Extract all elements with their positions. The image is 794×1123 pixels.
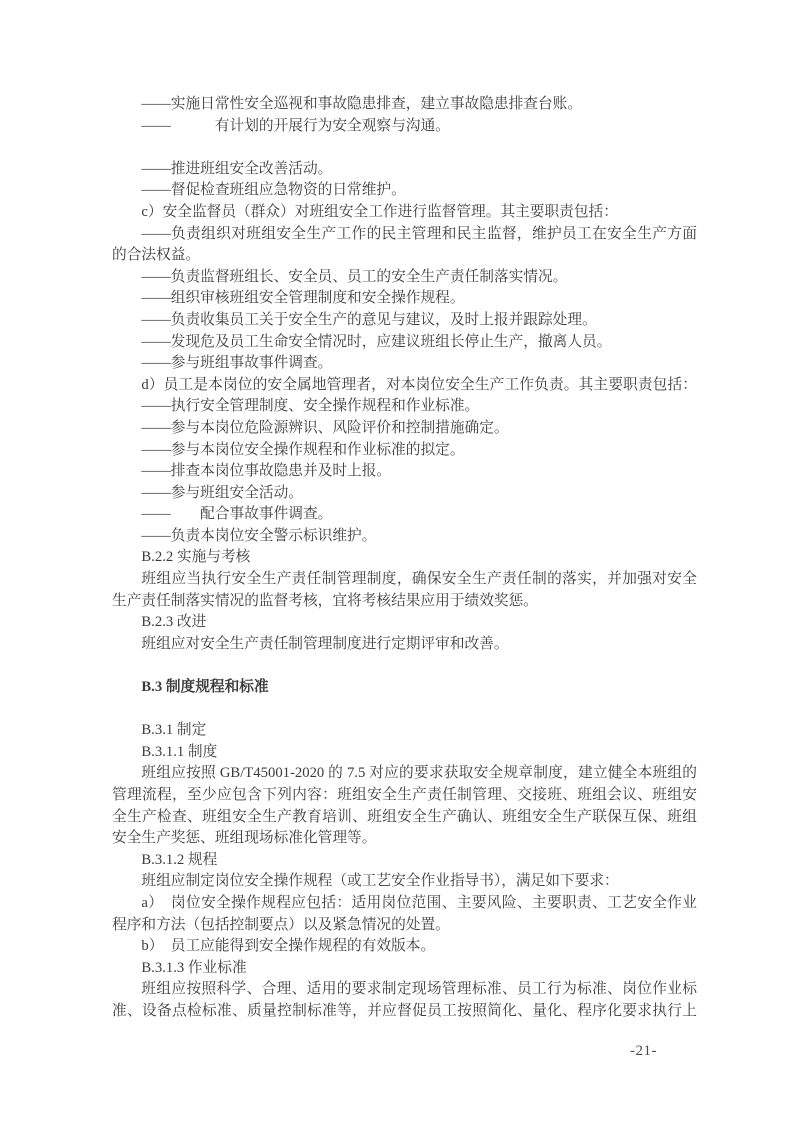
text-line: 班组应按照 GB/T45001-2020 的 7.5 对应的要求获取安全规章制度… bbox=[112, 763, 697, 785]
page-number: -21- bbox=[630, 1041, 657, 1062]
text-line: ——督促检查班组应急物资的日常维护。 bbox=[112, 180, 697, 202]
text-line: ——参与班组安全活动。 bbox=[112, 483, 697, 505]
text-line: ——参与本岗位危险源辨识、风险评价和控制措施确定。 bbox=[112, 418, 697, 440]
text-line: 的合法权益。 bbox=[112, 245, 697, 267]
text-line: ——实施日常性安全巡视和事故隐患排查，建立事故隐患排查台账。 bbox=[112, 94, 697, 116]
text-line: —— 配合事故事件调查。 bbox=[112, 504, 697, 526]
blank-line bbox=[112, 655, 697, 677]
text-line: ——推进班组安全改善活动。 bbox=[112, 159, 697, 181]
text-line: —— 有计划的开展行为安全观察与沟通。 bbox=[112, 116, 697, 138]
text-line: 程序和方法（包括控制要点）以及紧急情况的处置。 bbox=[112, 915, 697, 937]
text-line: 班组应当执行安全生产责任制管理制度，确保安全生产责任制的落实，并加强对安全 bbox=[112, 569, 697, 591]
text-line: B.2.2 实施与考核 bbox=[112, 547, 697, 569]
text-line: 班组应按照科学、合理、适用的要求制定现场管理标准、员工行为标准、岗位作业标 bbox=[112, 979, 697, 1001]
document-page: ——实施日常性安全巡视和事故隐患排查，建立事故隐患排查台账。—— 有计划的开展行… bbox=[0, 0, 794, 1123]
text-line: 生产责任制落实情况的监督考核，宜将考核结果应用于绩效奖惩。 bbox=[112, 591, 697, 613]
text-line: B.3 制度规程和标准 bbox=[112, 677, 697, 699]
text-line: ——参与班组事故事件调查。 bbox=[112, 353, 697, 375]
document-body: ——实施日常性安全巡视和事故隐患排查，建立事故隐患排查台账。—— 有计划的开展行… bbox=[112, 94, 697, 1023]
text-line: ——负责监督班组长、安全员、员工的安全生产责任制落实情况。 bbox=[112, 267, 697, 289]
text-line: ——发现危及员工生命安全情况时，应建议班组长停止生产，撤离人员。 bbox=[112, 332, 697, 354]
blank-line bbox=[112, 699, 697, 721]
text-line: B.3.1.1 制度 bbox=[112, 742, 697, 764]
text-line: ——负责本岗位安全警示标识维护。 bbox=[112, 526, 697, 548]
text-line: ——负责组织对班组安全生产工作的民主管理和民主监督，维护员工在安全生产方面 bbox=[112, 224, 697, 246]
text-line: ——参与本岗位安全操作规程和作业标准的拟定。 bbox=[112, 440, 697, 462]
text-line: ——组织审核班组安全管理制度和安全操作规程。 bbox=[112, 288, 697, 310]
text-line: 安全生产奖惩、班组现场标准化管理等。 bbox=[112, 828, 697, 850]
text-line: ——执行安全管理制度、安全操作规程和作业标准。 bbox=[112, 396, 697, 418]
text-line: 班组应制定岗位安全操作规程（或工艺安全作业指导书），满足如下要求： bbox=[112, 871, 697, 893]
text-line: a） 岗位安全操作规程应包括：适用岗位范围、主要风险、主要职责、工艺安全作业 bbox=[112, 893, 697, 915]
blank-line bbox=[112, 137, 697, 159]
text-line: 管理流程，至少应包含下列内容：班组安全生产责任制管理、交接班、班组会议、班组安 bbox=[112, 785, 697, 807]
text-line: B.2.3 改进 bbox=[112, 612, 697, 634]
text-line: 准、设备点检标准、质量控制标准等，并应督促员工按照简化、量化、程序化要求执行上 bbox=[112, 1001, 697, 1023]
text-line: 全生产检查、班组安全生产教育培训、班组安全生产确认、班组安全生产联保互保、班组 bbox=[112, 807, 697, 829]
text-line: B.3.1 制定 bbox=[112, 720, 697, 742]
text-line: b） 员工应能得到安全操作规程的有效版本。 bbox=[112, 936, 697, 958]
text-line: B.3.1.3 作业标准 bbox=[112, 958, 697, 980]
text-line: d）员工是本岗位的安全属地管理者，对本岗位安全生产工作负责。其主要职责包括： bbox=[112, 375, 697, 397]
text-line: B.3.1.2 规程 bbox=[112, 850, 697, 872]
text-line: ——负责收集员工关于安全生产的意见与建议，及时上报并跟踪处理。 bbox=[112, 310, 697, 332]
text-line: c）安全监督员（群众）对班组安全工作进行监督管理。其主要职责包括： bbox=[112, 202, 697, 224]
text-line: 班组应对安全生产责任制管理制度进行定期评审和改善。 bbox=[112, 634, 697, 656]
text-line: ——排查本岗位事故隐患并及时上报。 bbox=[112, 461, 697, 483]
